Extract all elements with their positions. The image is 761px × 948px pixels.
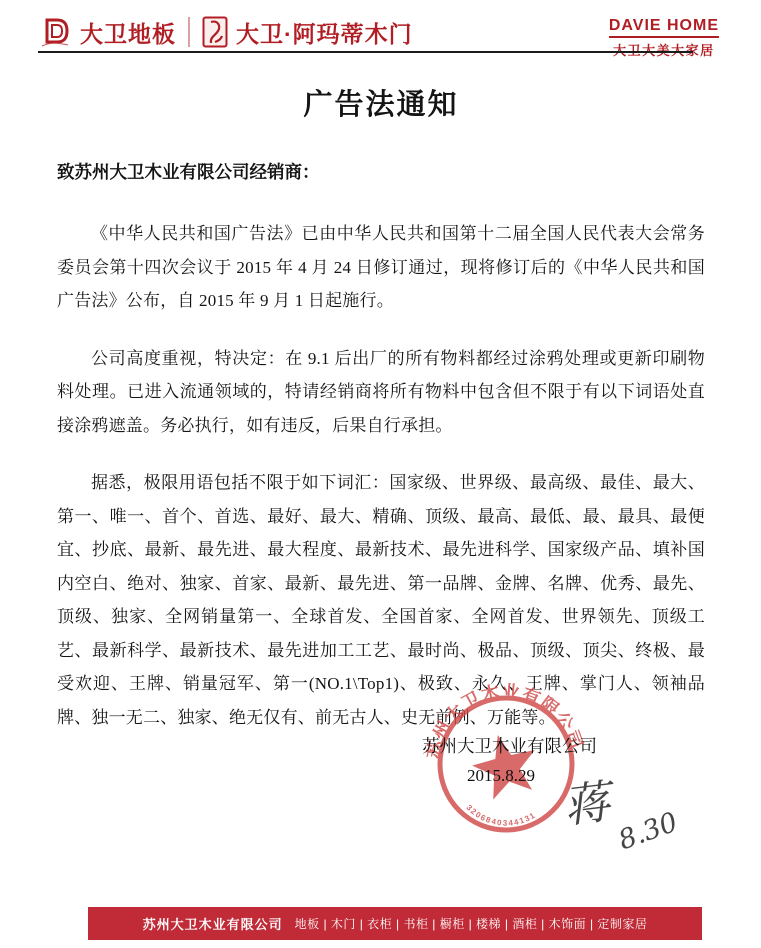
paragraph-law-revision: 《中华人民共和国广告法》已由中华人民共和国第十二届全国人民代表大会常务委员会第十…: [57, 217, 705, 318]
brand-door-label: 大卫·阿玛蒂木门: [236, 16, 413, 49]
david-floor-logo-icon: [40, 15, 72, 49]
brand-floor-label: 大卫地板: [80, 16, 176, 49]
handwritten-name: 蒋: [559, 765, 613, 836]
document-page: 大卫地板 大卫·阿玛蒂木门 DAVIE HOME 大卫大美大家居 广告法通知 致…: [0, 0, 761, 948]
handwritten-date: 8.30: [615, 807, 682, 857]
page-title: 广告法通知: [57, 82, 705, 123]
paragraph-banned-words: 据悉，极限用语包括不限于如下词汇：国家级、世界级、最高级、最佳、最大、第一、唯一…: [57, 466, 705, 734]
company-seal-stamp: 苏州大卫木业有限公司 3206840344131: [426, 676, 586, 854]
signature-company: 苏州大卫木业有限公司: [422, 733, 597, 758]
footer-company: 苏州大卫木业有限公司: [143, 914, 283, 933]
salutation: 致苏州大卫木业有限公司经销商：: [57, 159, 705, 184]
brand-logos: 大卫地板 大卫·阿玛蒂木门: [40, 15, 413, 49]
footer-categories: 地板 | 木门 | 衣柜 | 书柜 | 橱柜 | 楼梯 | 酒柜 | 木饰面 |…: [295, 915, 648, 932]
amati-door-logo-icon: [202, 16, 228, 48]
brand-separator: [188, 17, 190, 47]
document-content: 广告法通知 致苏州大卫木业有限公司经销商： 《中华人民共和国广告法》已由中华人民…: [57, 82, 705, 758]
handwritten-signature: 蒋 8.30: [563, 768, 674, 834]
header-divider-line: [38, 51, 693, 53]
signature-date: 2015.8.29: [467, 766, 535, 786]
footer-bar: 苏州大卫木业有限公司 地板 | 木门 | 衣柜 | 书柜 | 橱柜 | 楼梯 |…: [88, 907, 702, 940]
davie-home-cn: 大卫大美大家居: [609, 40, 719, 59]
paragraph-company-decision: 公司高度重视，特决定：在 9.1 后出厂的所有物料都经过涂鸦处理或更新印刷物料处…: [57, 342, 705, 443]
davie-home-en: DAVIE HOME: [609, 17, 719, 38]
